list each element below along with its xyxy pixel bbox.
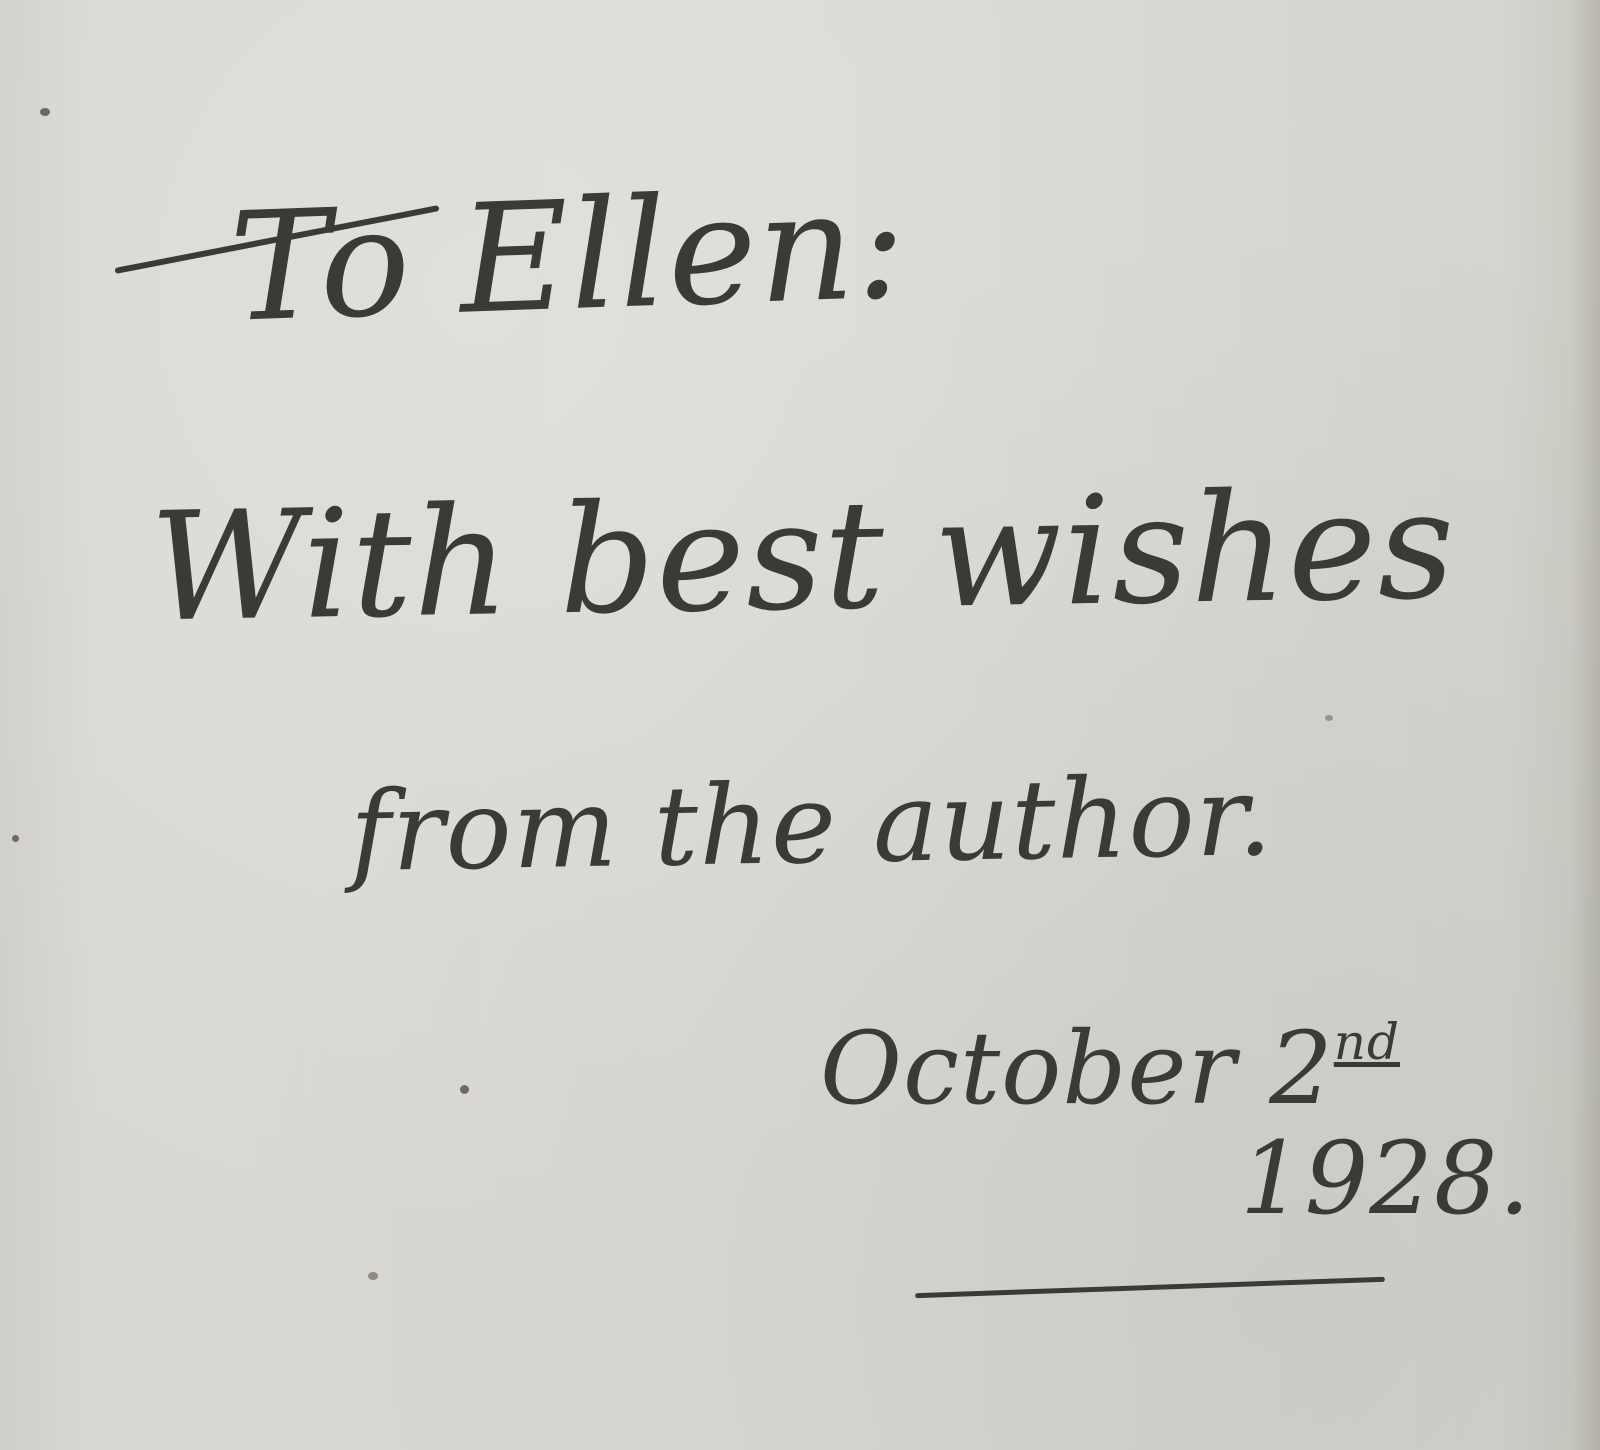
paper-speck: [40, 108, 50, 116]
date-ordinal-suffix: nd: [1334, 1013, 1400, 1071]
signature-text: from the author.: [349, 752, 1274, 896]
paper-page: To Ellen: With best wishes from the auth…: [0, 0, 1600, 1450]
date-month-day: October 2nd: [820, 1010, 1400, 1127]
date-month-day-text: October 2: [820, 1010, 1334, 1127]
paper-speck: [460, 1085, 469, 1094]
greeting-text: To Ellen:: [227, 158, 909, 356]
closing-underline: [915, 1277, 1385, 1298]
paper-edge-shadow: [1572, 0, 1600, 1450]
paper-speck: [1325, 715, 1333, 721]
date-year: 1928.: [1240, 1120, 1531, 1237]
paper-speck: [368, 1272, 378, 1280]
paper-speck: [12, 835, 19, 842]
message-text: With best wishes: [149, 459, 1457, 656]
